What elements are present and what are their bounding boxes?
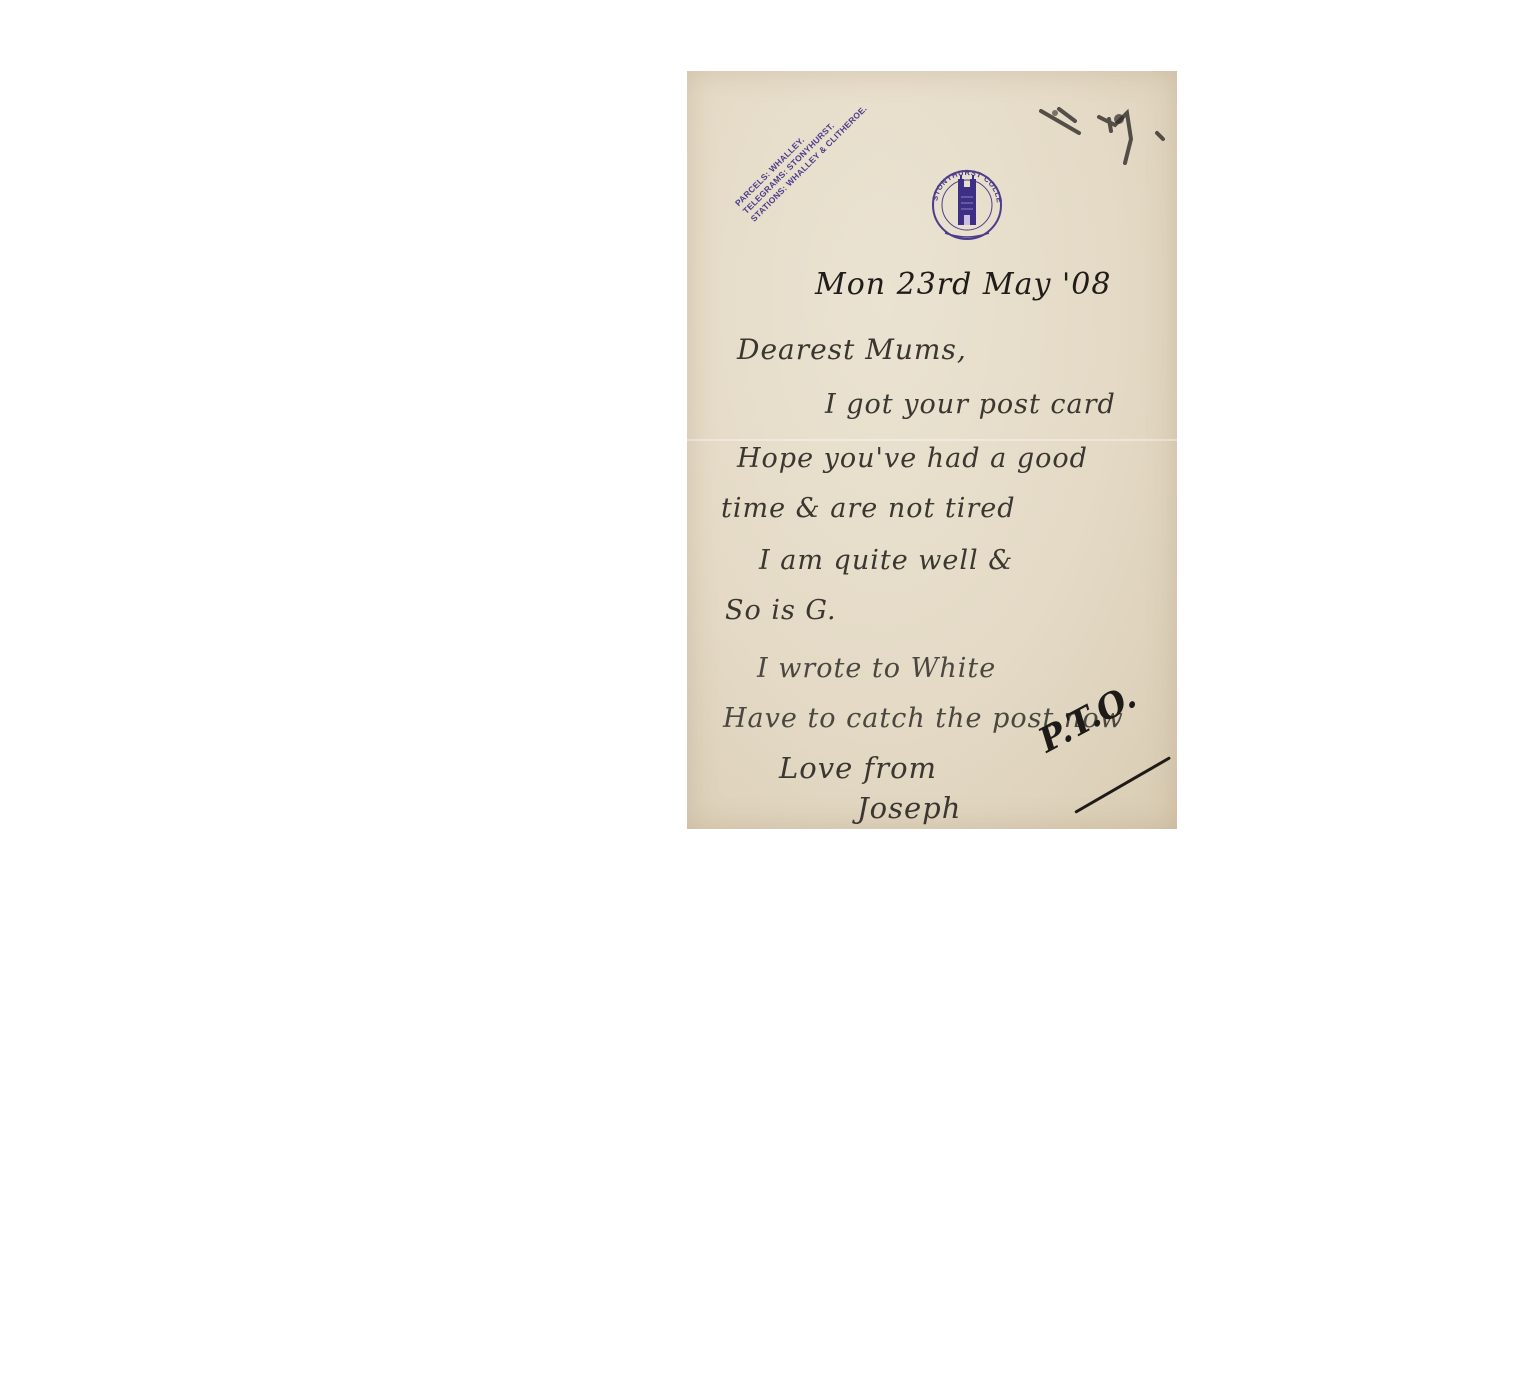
- pto-underline: [1074, 756, 1171, 814]
- letterhead-address: Parcels: Whalley. Telegrams: Stonyhurst.…: [733, 88, 870, 225]
- letter-page: Parcels: Whalley. Telegrams: Stonyhurst.…: [687, 71, 1177, 829]
- address-line: Stations: Whalley & Clitheroe.: [749, 103, 870, 224]
- pto-annotation: P.T.O.: [1032, 677, 1143, 761]
- letter-body-line: I wrote to White: [757, 653, 996, 684]
- letter-body-line: So is G.: [725, 595, 837, 626]
- letter-body-line: time & are not tired: [721, 493, 1016, 524]
- letter-signature: Joseph: [857, 791, 961, 825]
- ink-blot: [1039, 99, 1169, 169]
- letter-body-line: Hope you've had a good: [737, 443, 1088, 474]
- college-crest-icon: STONYHURST COLLEGE: [923, 167, 1011, 243]
- letter-salutation: Dearest Mums,: [737, 333, 967, 366]
- letter-body-line: I got your post card: [825, 389, 1116, 420]
- address-line: Parcels: Whalley.: [733, 88, 854, 209]
- letter-body-line: I am quite well &: [759, 545, 1013, 576]
- address-line: Telegrams: Stonyhurst.: [741, 96, 862, 217]
- letter-date: Mon 23rd May '08: [815, 267, 1111, 302]
- paper-fold: [687, 439, 1177, 441]
- letter-closing: Love from: [779, 751, 937, 785]
